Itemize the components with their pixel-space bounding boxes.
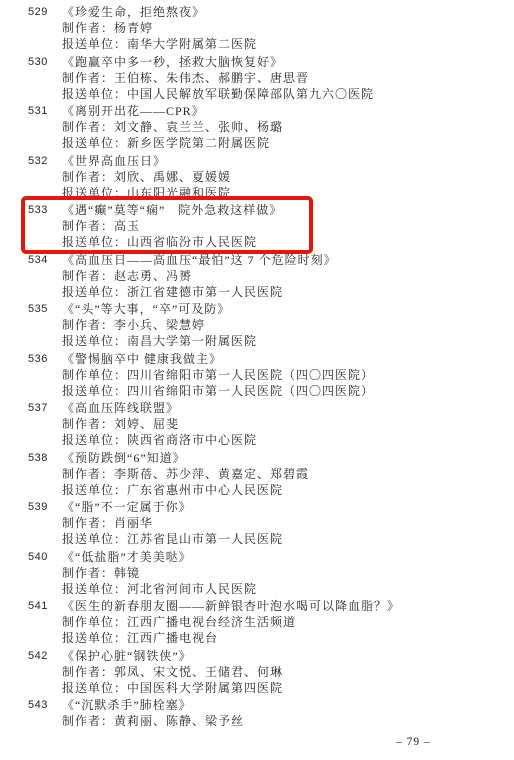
entry-body: 《跑赢卒中多一秒，拯救大脑恢复好》制作者：王伯栋、朱伟杰、郝鹏宇、唐思晋报送单位…: [62, 54, 508, 102]
entry-title: 《世界高血压日》: [62, 153, 508, 169]
page-number: – 79 –: [396, 736, 431, 748]
entry-submitter: 报送单位：中国医科大学附属第四医院: [62, 680, 508, 696]
list-item: 532《世界高血压日》制作者：刘欣、禹娜、夏媛媛报送单位：山东阳光融和医院: [28, 153, 508, 201]
entry-title: 《离别开出花——CPR》: [62, 103, 508, 119]
list-item: 534《高血压日——高血压“最怕”这 7 个危险时刻》制作者：赵志勇、冯赟报送单…: [28, 252, 508, 300]
entry-list: 529《珍爱生命，拒绝熬夜》制作者：杨青婷报送单位：南华大学附属第二医院530《…: [28, 4, 508, 731]
list-item: 537《高血压阵线联盟》制作者：刘婷、屈斐报送单位：陕西省商洛市中心医院: [28, 400, 508, 448]
entry-submitter: 报送单位：新乡医学院第二附属医院: [62, 135, 508, 151]
entry-number: 531: [28, 103, 62, 151]
entry-number: 532: [28, 153, 62, 201]
list-item: 535《“头”等大事，“卒”可及防》制作者：李小兵、梁慧婷报送单位：南昌大学第一…: [28, 301, 508, 349]
entry-number: 533: [28, 202, 62, 250]
entry-number: 534: [28, 252, 62, 300]
entry-submitter: 报送单位：四川省绵阳市第一人民医院（四〇四医院）: [62, 383, 508, 399]
entry-number: 543: [28, 697, 62, 729]
entry-creator: 制作者：韩镜: [62, 565, 508, 581]
entry-submitter: 报送单位：南华大学附属第二医院: [62, 36, 508, 52]
list-item: 538《预防跌倒“6”知道》制作者：李斯蓓、苏少萍、黄嘉定、郑碧霞报送单位：广东…: [28, 450, 508, 498]
entry-title: 《“头”等大事，“卒”可及防》: [62, 301, 508, 317]
list-item: 533《遇“癫”莫等“痫” 院外急救这样做》制作者：高玉报送单位：山西省临汾市人…: [28, 202, 508, 250]
entry-number: 529: [28, 4, 62, 52]
entry-title: 《警惕脑卒中 健康我做主》: [62, 351, 508, 367]
entry-creator: 制作单位：四川省绵阳市第一人民医院（四〇四医院）: [62, 367, 508, 383]
list-item: 529《珍爱生命，拒绝熬夜》制作者：杨青婷报送单位：南华大学附属第二医院: [28, 4, 508, 52]
entry-creator: 制作者：黄莉丽、陈静、梁予丝: [62, 713, 508, 729]
entry-title: 《预防跌倒“6”知道》: [62, 450, 508, 466]
entry-submitter: 报送单位：浙江省建德市第一人民医院: [62, 284, 508, 300]
list-item: 539《“脂”不一定属于你》制作者：肖丽华报送单位：江苏省昆山市第一人民医院: [28, 499, 508, 547]
entry-body: 《“低盐脂”才美美哒》制作者：韩镜报送单位：河北省河间市人民医院: [62, 549, 508, 597]
entry-submitter: 报送单位：山西省临汾市人民医院: [62, 234, 508, 250]
list-item: 531《离别开出花——CPR》制作者：刘文静、袁兰兰、张帅、杨璐报送单位：新乡医…: [28, 103, 508, 151]
entry-submitter: 报送单位：中国人民解放军联勤保障部队第九六〇医院: [62, 86, 508, 102]
entry-number: 539: [28, 499, 62, 547]
entry-body: 《珍爱生命，拒绝熬夜》制作者：杨青婷报送单位：南华大学附属第二医院: [62, 4, 508, 52]
entry-title: 《跑赢卒中多一秒，拯救大脑恢复好》: [62, 54, 508, 70]
list-item: 536《警惕脑卒中 健康我做主》制作单位：四川省绵阳市第一人民医院（四〇四医院）…: [28, 351, 508, 399]
entry-number: 541: [28, 598, 62, 646]
entry-creator: 制作者：赵志勇、冯赟: [62, 268, 508, 284]
entry-number: 542: [28, 648, 62, 696]
entry-submitter: 报送单位：山东阳光融和医院: [62, 185, 508, 201]
entry-title: 《“低盐脂”才美美哒》: [62, 549, 508, 565]
entry-body: 《高血压日——高血压“最怕”这 7 个危险时刻》制作者：赵志勇、冯赟报送单位：浙…: [62, 252, 508, 300]
entry-submitter: 报送单位：陕西省商洛市中心医院: [62, 432, 508, 448]
entry-body: 《“头”等大事，“卒”可及防》制作者：李小兵、梁慧婷报送单位：南昌大学第一附属医…: [62, 301, 508, 349]
entry-number: 535: [28, 301, 62, 349]
entry-creator: 制作者：刘欣、禹娜、夏媛媛: [62, 169, 508, 185]
entry-submitter: 报送单位：江西广播电视台: [62, 630, 508, 646]
entry-title: 《高血压日——高血压“最怕”这 7 个危险时刻》: [62, 252, 508, 268]
entry-creator: 制作单位：江西广播电视台经济生活频道: [62, 614, 508, 630]
entry-creator: 制作者：李小兵、梁慧婷: [62, 317, 508, 333]
entry-number: 530: [28, 54, 62, 102]
entry-title: 《“沉默杀手”肺栓塞》: [62, 697, 508, 713]
entry-submitter: 报送单位：南昌大学第一附属医院: [62, 333, 508, 349]
entry-number: 538: [28, 450, 62, 498]
entry-number: 536: [28, 351, 62, 399]
entry-title: 《遇“癫”莫等“痫” 院外急救这样做》: [62, 202, 508, 218]
entry-title: 《高血压阵线联盟》: [62, 400, 508, 416]
entry-number: 537: [28, 400, 62, 448]
list-item: 540《“低盐脂”才美美哒》制作者：韩镜报送单位：河北省河间市人民医院: [28, 549, 508, 597]
entry-body: 《世界高血压日》制作者：刘欣、禹娜、夏媛媛报送单位：山东阳光融和医院: [62, 153, 508, 201]
list-item: 543《“沉默杀手”肺栓塞》制作者：黄莉丽、陈静、梁予丝: [28, 697, 508, 729]
list-item: 542《保护心脏“钢铁侠”》制作者：郭凤、宋文悦、王储君、何琳报送单位：中国医科…: [28, 648, 508, 696]
entry-title: 《保护心脏“钢铁侠”》: [62, 648, 508, 664]
list-item: 530《跑赢卒中多一秒，拯救大脑恢复好》制作者：王伯栋、朱伟杰、郝鹏宇、唐思晋报…: [28, 54, 508, 102]
entry-body: 《离别开出花——CPR》制作者：刘文静、袁兰兰、张帅、杨璐报送单位：新乡医学院第…: [62, 103, 508, 151]
entry-creator: 制作者：刘文静、袁兰兰、张帅、杨璐: [62, 119, 508, 135]
entry-body: 《高血压阵线联盟》制作者：刘婷、屈斐报送单位：陕西省商洛市中心医院: [62, 400, 508, 448]
entry-submitter: 报送单位：河北省河间市人民医院: [62, 581, 508, 597]
entry-creator: 制作者：王伯栋、朱伟杰、郝鹏宇、唐思晋: [62, 70, 508, 86]
entry-body: 《预防跌倒“6”知道》制作者：李斯蓓、苏少萍、黄嘉定、郑碧霞报送单位：广东省惠州…: [62, 450, 508, 498]
entry-creator: 制作者：杨青婷: [62, 20, 508, 36]
document-page: 529《珍爱生命，拒绝熬夜》制作者：杨青婷报送单位：南华大学附属第二医院530《…: [0, 0, 514, 760]
entry-number: 540: [28, 549, 62, 597]
entry-creator: 制作者：郭凤、宋文悦、王储君、何琳: [62, 664, 508, 680]
entry-title: 《珍爱生命，拒绝熬夜》: [62, 4, 508, 20]
entry-submitter: 报送单位：广东省惠州市中心人民医院: [62, 482, 508, 498]
entry-creator: 制作者：刘婷、屈斐: [62, 416, 508, 432]
entry-title: 《“脂”不一定属于你》: [62, 499, 508, 515]
entry-creator: 制作者：高玉: [62, 218, 508, 234]
entry-title: 《医生的新春朋友圈——新鲜银杏叶泡水喝可以降血脂？》: [62, 598, 508, 614]
entry-body: 《保护心脏“钢铁侠”》制作者：郭凤、宋文悦、王储君、何琳报送单位：中国医科大学附…: [62, 648, 508, 696]
entry-body: 《“脂”不一定属于你》制作者：肖丽华报送单位：江苏省昆山市第一人民医院: [62, 499, 508, 547]
entry-body: 《医生的新春朋友圈——新鲜银杏叶泡水喝可以降血脂？》制作单位：江西广播电视台经济…: [62, 598, 508, 646]
entry-body: 《警惕脑卒中 健康我做主》制作单位：四川省绵阳市第一人民医院（四〇四医院）报送单…: [62, 351, 508, 399]
entry-body: 《遇“癫”莫等“痫” 院外急救这样做》制作者：高玉报送单位：山西省临汾市人民医院: [62, 202, 508, 250]
list-item: 541《医生的新春朋友圈——新鲜银杏叶泡水喝可以降血脂？》制作单位：江西广播电视…: [28, 598, 508, 646]
entry-creator: 制作者：肖丽华: [62, 515, 508, 531]
entry-submitter: 报送单位：江苏省昆山市第一人民医院: [62, 531, 508, 547]
entry-creator: 制作者：李斯蓓、苏少萍、黄嘉定、郑碧霞: [62, 466, 508, 482]
entry-body: 《“沉默杀手”肺栓塞》制作者：黄莉丽、陈静、梁予丝: [62, 697, 508, 729]
